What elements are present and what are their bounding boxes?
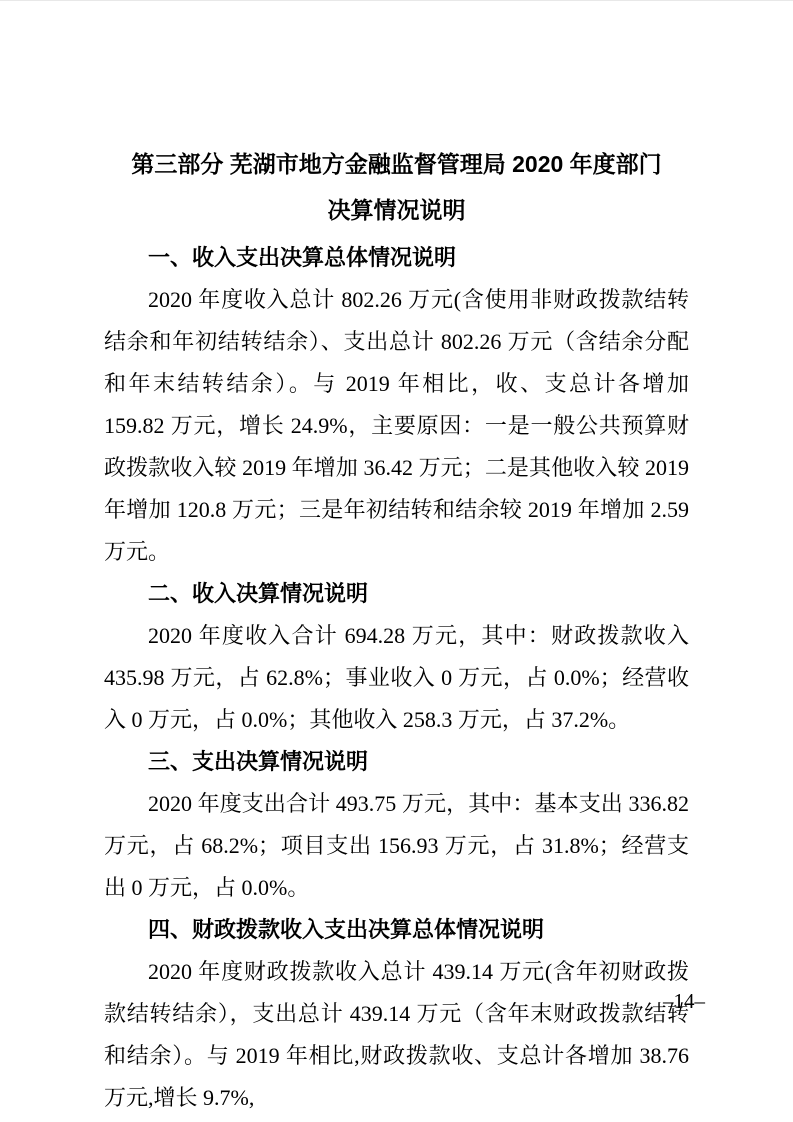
document-title-line2: 决算情况说明	[104, 187, 689, 233]
section-income-final-accounts: 二、收入决算情况说明 2020 年度收入合计 694.28 万元，其中：财政拨款…	[104, 573, 689, 741]
page-number: –14–	[663, 989, 705, 1014]
section-4-heading: 四、财政拨款收入支出决算总体情况说明	[104, 909, 689, 951]
section-fiscal-appropriation-overview: 四、财政拨款收入支出决算总体情况说明 2020 年度财政拨款收入总计 439.1…	[104, 909, 689, 1119]
section-3-paragraph: 2020 年度支出合计 493.75 万元，其中：基本支出 336.82 万元，…	[104, 783, 689, 909]
section-3-heading: 三、支出决算情况说明	[104, 741, 689, 783]
section-2-heading: 二、收入决算情况说明	[104, 573, 689, 615]
section-4-paragraph: 2020 年度财政拨款收入总计 439.14 万元(含年初财政拨款结转结余），支…	[104, 951, 689, 1119]
document-title: 第三部分 芜湖市地方金融监督管理局 2020 年度部门 决算情况说明	[104, 141, 689, 233]
section-1-paragraph: 2020 年度收入总计 802.26 万元(含使用非财政拨款结转结余和年初结转结…	[104, 279, 689, 573]
section-income-expenditure-overview: 一、收入支出决算总体情况说明 2020 年度收入总计 802.26 万元(含使用…	[104, 237, 689, 573]
document-title-line1: 第三部分 芜湖市地方金融监督管理局 2020 年度部门	[104, 141, 689, 187]
section-1-heading: 一、收入支出决算总体情况说明	[104, 237, 689, 279]
section-expenditure-final-accounts: 三、支出决算情况说明 2020 年度支出合计 493.75 万元，其中：基本支出…	[104, 741, 689, 909]
section-2-paragraph: 2020 年度收入合计 694.28 万元，其中：财政拨款收入 435.98 万…	[104, 615, 689, 741]
document-page: 第三部分 芜湖市地方金融监督管理局 2020 年度部门 决算情况说明 一、收入支…	[0, 0, 793, 1122]
